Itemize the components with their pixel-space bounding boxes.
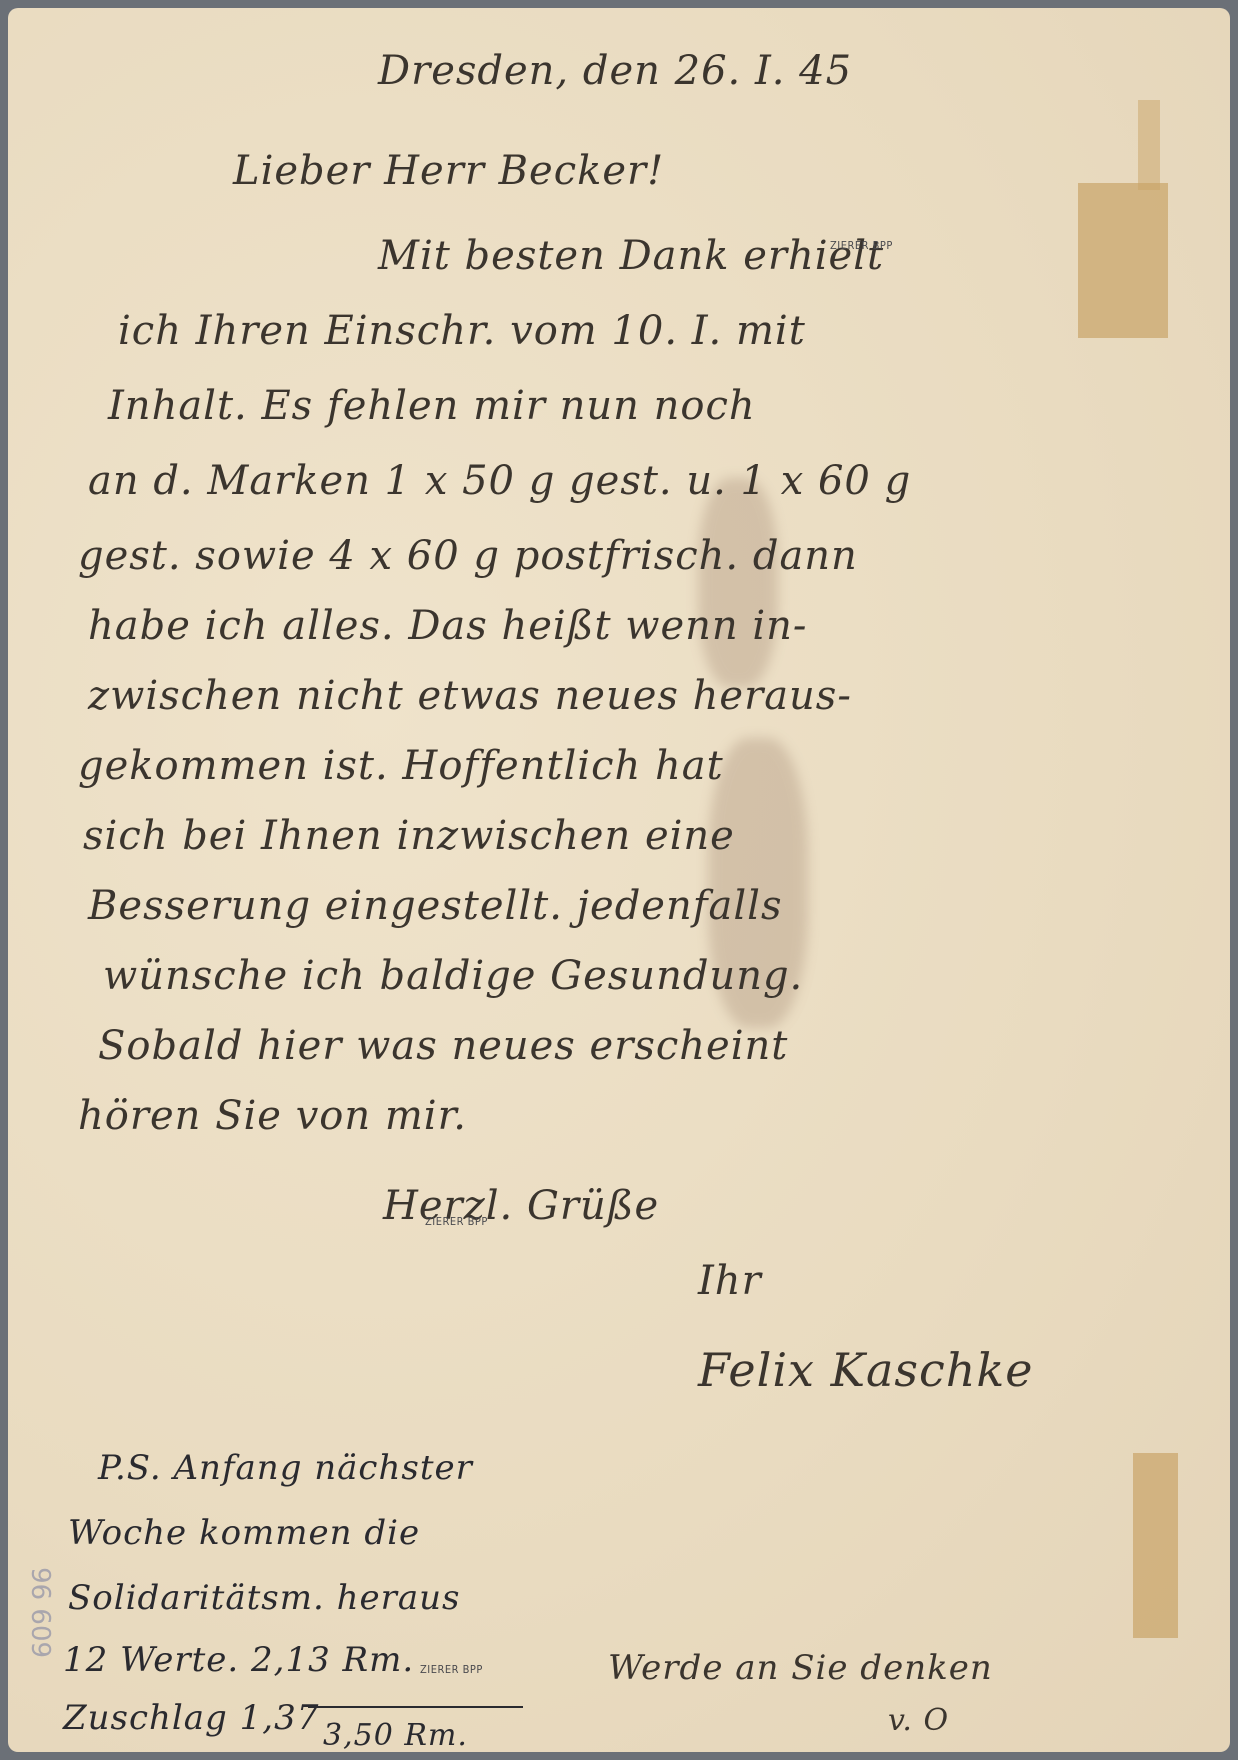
body-line: sich bei Ihnen inzwischen eine bbox=[83, 813, 735, 859]
signature-line2: Felix Kaschke bbox=[698, 1343, 1034, 1397]
sum-rule bbox=[308, 1706, 523, 1708]
ps-line: Zuschlag 1,37 bbox=[63, 1698, 319, 1738]
body-line: Sobald hier was neues erscheint bbox=[98, 1023, 788, 1069]
body-line: zwischen nicht etwas neues heraus- bbox=[88, 673, 852, 719]
footer-note-line2: v. O bbox=[888, 1703, 949, 1738]
body-line: ich Ihren Einschr. vom 10. I. mit bbox=[118, 308, 806, 354]
signature-line1: Ihr bbox=[698, 1258, 762, 1304]
tape-stain-top bbox=[1078, 183, 1168, 338]
expert-mark: ZIERER BPP bbox=[420, 1663, 483, 1676]
expert-mark: ZIERER BPP bbox=[830, 239, 893, 252]
ps-line: Solidaritätsm. heraus bbox=[68, 1578, 460, 1618]
salutation: Lieber Herr Becker! bbox=[233, 148, 664, 194]
body-line: gest. sowie 4 x 60 g postfrisch. dann bbox=[78, 533, 858, 579]
body-line: wünsche ich baldige Gesundung. bbox=[103, 953, 803, 999]
postcard: 609 96 Dresden, den 26. I. 45 Lieber Her… bbox=[8, 8, 1230, 1752]
body-line: Besserung eingestellt. jedenfalls bbox=[88, 883, 783, 929]
tape-stain-bottom bbox=[1133, 1453, 1178, 1638]
ps-line: Woche kommen die bbox=[68, 1513, 420, 1553]
body-line: Inhalt. Es fehlen mir nun noch bbox=[108, 383, 756, 429]
body-line: gekommen ist. Hoffentlich hat bbox=[78, 743, 724, 789]
smudge bbox=[698, 478, 778, 688]
body-line: Mit besten Dank erhielt bbox=[378, 233, 884, 279]
place-date: Dresden, den 26. I. 45 bbox=[378, 48, 852, 94]
body-line: habe ich alles. Das heißt wenn in- bbox=[88, 603, 807, 649]
ps-total: 3,50 Rm. bbox=[323, 1718, 468, 1753]
body-line: hören Sie von mir. bbox=[78, 1093, 467, 1139]
pencil-margin-note: 609 96 bbox=[28, 1567, 58, 1658]
tape-stain-strip bbox=[1138, 100, 1160, 190]
ps-line: 12 Werte. 2,13 Rm. bbox=[63, 1640, 414, 1680]
expert-mark: ZIERER BPP bbox=[425, 1215, 488, 1228]
ps-line: P.S. Anfang nächster bbox=[98, 1448, 473, 1488]
footer-note-line1: Werde an Sie denken bbox=[608, 1648, 993, 1688]
body-line: an d. Marken 1 x 50 g gest. u. 1 x 60 g bbox=[88, 458, 911, 504]
